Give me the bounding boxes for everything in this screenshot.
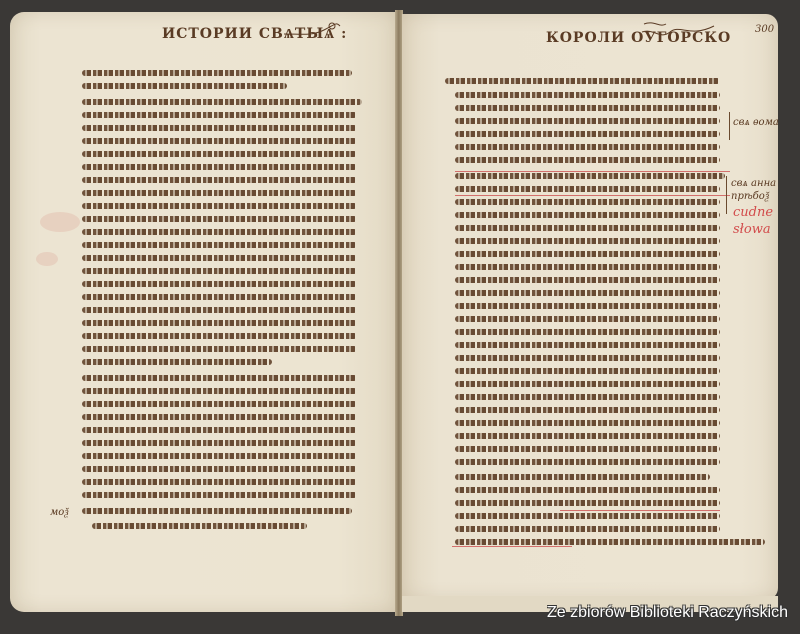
text-line [82, 255, 357, 261]
red-underline [455, 171, 730, 172]
text-line [82, 375, 357, 381]
text-line [455, 144, 720, 150]
text-line [82, 164, 357, 170]
text-line [82, 479, 357, 485]
text-line [82, 138, 357, 144]
text-line [455, 290, 720, 296]
text-line [455, 526, 720, 532]
right-margin-note: свѧ ѳома [733, 116, 779, 129]
text-line [82, 203, 357, 209]
text-line [82, 307, 357, 313]
heading-flourish-icon [640, 18, 720, 48]
text-line [455, 225, 720, 231]
right-margin-note: прѣбоѯ [731, 190, 769, 203]
red-underline [452, 546, 572, 547]
text-line [455, 238, 720, 244]
text-line [455, 342, 720, 348]
text-line [82, 492, 357, 498]
text-line [455, 329, 720, 335]
text-line [455, 105, 720, 111]
text-line [455, 157, 720, 163]
paper-stain [36, 252, 58, 266]
red-underline [455, 195, 730, 196]
text-line [82, 112, 357, 118]
red-underline [560, 510, 720, 511]
text-line [82, 294, 357, 300]
text-line [455, 92, 720, 98]
text-line [455, 459, 720, 465]
text-line [82, 125, 357, 131]
library-watermark: Ze zbiorów Biblioteki Raczyńskich [547, 604, 788, 622]
text-line [82, 401, 357, 407]
text-line [455, 303, 720, 309]
text-line [82, 268, 357, 274]
left-margin-note: моѯ [50, 506, 68, 519]
text-line [455, 487, 720, 493]
text-line [455, 264, 720, 270]
text-line [455, 407, 720, 413]
text-line [82, 216, 357, 222]
text-line [455, 212, 720, 218]
right-margin-note-red: słowa [733, 221, 771, 239]
text-line [455, 474, 710, 480]
right-margin-note: свѧ анна [731, 177, 776, 190]
text-line [455, 199, 720, 205]
text-line [82, 229, 357, 235]
text-line [455, 186, 720, 192]
scan-viewer: ИСТОРИИ СВѦТЫѦ : КОРОЛИ ОУГОРСКО 300 [0, 0, 800, 634]
text-line [82, 346, 357, 352]
text-line [445, 78, 720, 84]
margin-bracket [729, 112, 730, 140]
text-line [82, 427, 357, 433]
text-line [92, 523, 307, 529]
text-line [82, 151, 357, 157]
text-line [82, 83, 287, 89]
text-line [455, 394, 720, 400]
text-line [455, 277, 720, 283]
text-line [82, 388, 357, 394]
text-line [82, 320, 357, 326]
text-line [455, 433, 720, 439]
text-line [82, 242, 357, 248]
right-margin-note-red: cudne [733, 204, 773, 222]
paper-stain [40, 212, 80, 232]
text-line [82, 414, 357, 420]
text-line [82, 440, 357, 446]
text-line [455, 500, 720, 506]
text-line [82, 70, 352, 76]
text-line [82, 466, 357, 472]
text-line [455, 131, 720, 137]
text-line [82, 333, 357, 339]
text-line [455, 539, 765, 545]
text-line [82, 453, 357, 459]
margin-bracket [726, 176, 727, 214]
text-line [455, 381, 720, 387]
text-line [455, 316, 720, 322]
text-line [455, 446, 720, 452]
text-line [455, 173, 725, 179]
text-line [455, 355, 720, 361]
text-line [455, 368, 720, 374]
text-line [82, 359, 272, 365]
heading-flourish-icon [282, 20, 342, 40]
text-line [82, 99, 362, 105]
text-line [455, 118, 720, 124]
text-line [82, 190, 357, 196]
folio-number: 300 [755, 24, 774, 35]
text-line [82, 281, 357, 287]
text-line [455, 251, 720, 257]
text-line [82, 508, 352, 514]
text-line [455, 420, 720, 426]
text-line [455, 513, 720, 519]
text-line [82, 177, 357, 183]
